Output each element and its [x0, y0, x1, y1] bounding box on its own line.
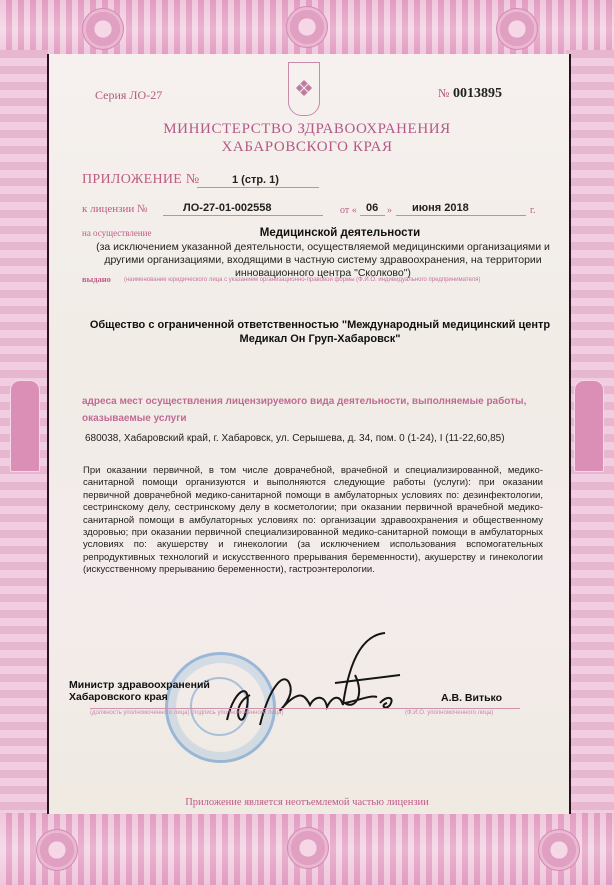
license-appendix-document: ❖ Серия ЛО-27 № 0013895 МИНИСТЕРСТВО ЗДР… [0, 0, 614, 885]
form-number: № 0013895 [438, 86, 502, 102]
month-underline [396, 215, 526, 216]
rosette-ornament-icon [287, 827, 329, 869]
footer-note: Приложение является неотъемлемой частью … [0, 797, 614, 808]
signature-hint-left: (должность уполномоченного лица) (подпис… [90, 710, 284, 716]
activity-title: Медицинской деятельности [200, 227, 480, 239]
rosette-ornament-icon [36, 829, 78, 871]
date-quote-close: » [387, 205, 392, 216]
year-suffix: г. [530, 205, 535, 216]
right-ornamental-border [566, 50, 614, 825]
signatory-title-line2: Хабаровского края [69, 691, 210, 703]
license-underline [163, 215, 323, 216]
organization-name: Общество с ограниченной ответственностью… [80, 318, 560, 346]
works-services-text: При оказании первичной, в том числе довр… [83, 465, 543, 577]
side-panel-ornament [10, 380, 40, 472]
coat-of-arms-icon: ❖ [288, 62, 320, 116]
left-ornamental-border [0, 50, 48, 825]
top-ornamental-border [0, 0, 614, 58]
signatory-title: Министр здравоохранений Хабаровского кра… [69, 679, 210, 703]
rosette-ornament-icon [538, 829, 580, 871]
appendix-label: ПРИЛОЖЕНИЕ № [82, 172, 200, 188]
rosette-ornament-icon [286, 6, 328, 48]
rosette-ornament-icon [496, 8, 538, 50]
signatory-name: А.В. Витько [441, 692, 502, 704]
series-label: Серия ЛО-27 [95, 88, 162, 103]
handwritten-signature-icon [215, 625, 425, 735]
side-panel-ornament [574, 380, 604, 472]
license-number: ЛО-27-01-002558 [183, 202, 271, 214]
signature-hint-right: (Ф.И.О. уполномоченного лица) [405, 710, 493, 716]
address-value: 680038, Хабаровский край, г. Хабаровск, … [85, 433, 505, 444]
issued-label: выдано [82, 274, 111, 284]
appendix-underline [197, 187, 319, 188]
appendix-value: 1 (стр. 1) [232, 174, 279, 186]
rosette-ornament-icon [82, 8, 124, 50]
day-underline [360, 215, 385, 216]
license-label: к лицензии № [82, 203, 148, 215]
number-label: № [438, 86, 449, 100]
ministry-region: ХАБАРОВСКОГО КРАЯ [0, 139, 614, 156]
license-day: 06 [366, 202, 378, 214]
activity-label: на осуществление [82, 228, 151, 238]
date-from-label: от « [340, 205, 357, 216]
license-month-year: июня 2018 [412, 202, 469, 214]
signatory-title-line1: Министр здравоохранений [69, 679, 210, 691]
ministry-title: МИНИСТЕРСТВО ЗДРАВООХРАНЕНИЯ [0, 121, 614, 138]
bottom-ornamental-border [0, 813, 614, 885]
issued-hint: (наименование юридического лица с указан… [82, 274, 562, 286]
number-value: 0013895 [453, 86, 502, 101]
signature-underline [90, 708, 520, 709]
address-label: адреса мест осуществления лицензируемого… [82, 393, 562, 427]
